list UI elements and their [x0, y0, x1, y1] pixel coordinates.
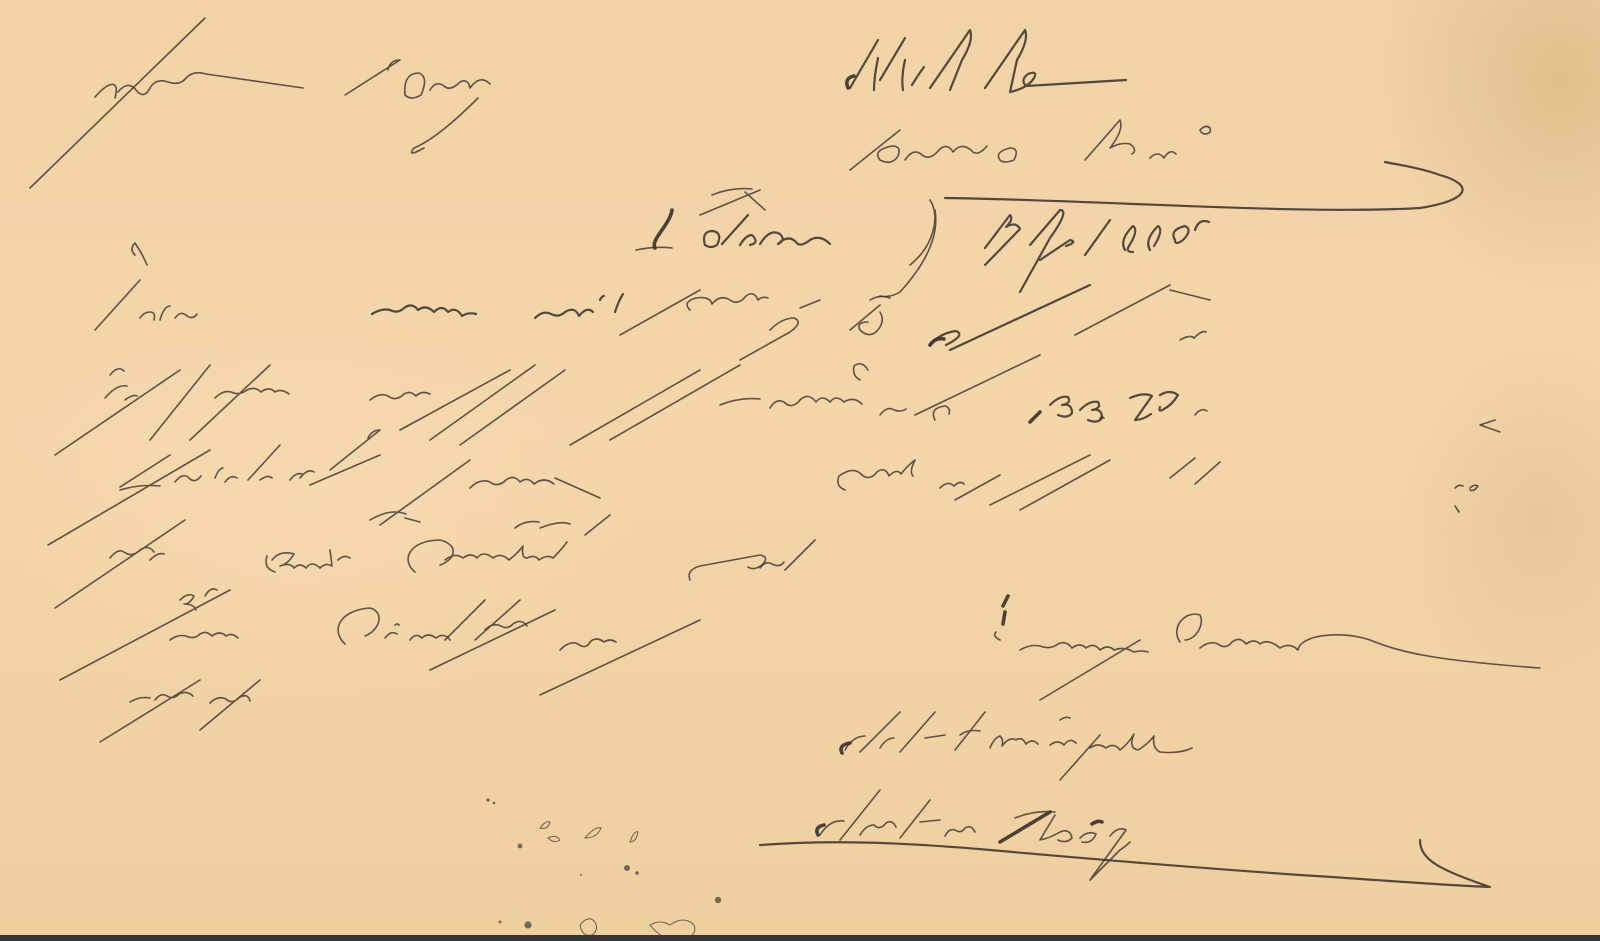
- margin-marks: [1470, 420, 1500, 491]
- body-line-5-ink: [60, 589, 1540, 700]
- body-line-2-ink: [55, 355, 1207, 455]
- body-line-6-ink: [100, 680, 260, 742]
- postcard: Herrn Josef Müller Kornelau? Vörecken? d…: [0, 0, 1600, 941]
- address-line-2-ink: [850, 120, 1463, 210]
- postmark-traces: [486, 798, 721, 939]
- body-line-1-ink: [95, 243, 1210, 360]
- closing-ink: [841, 712, 1192, 780]
- body-line-3-ink: [48, 430, 1463, 545]
- body-line-4-ink: [55, 520, 815, 608]
- address-line-1-ink: [30, 18, 1126, 188]
- signature-ink: [760, 790, 1490, 887]
- handwriting-strokes: [0, 0, 1600, 941]
- place-date-ink: [636, 189, 1209, 297]
